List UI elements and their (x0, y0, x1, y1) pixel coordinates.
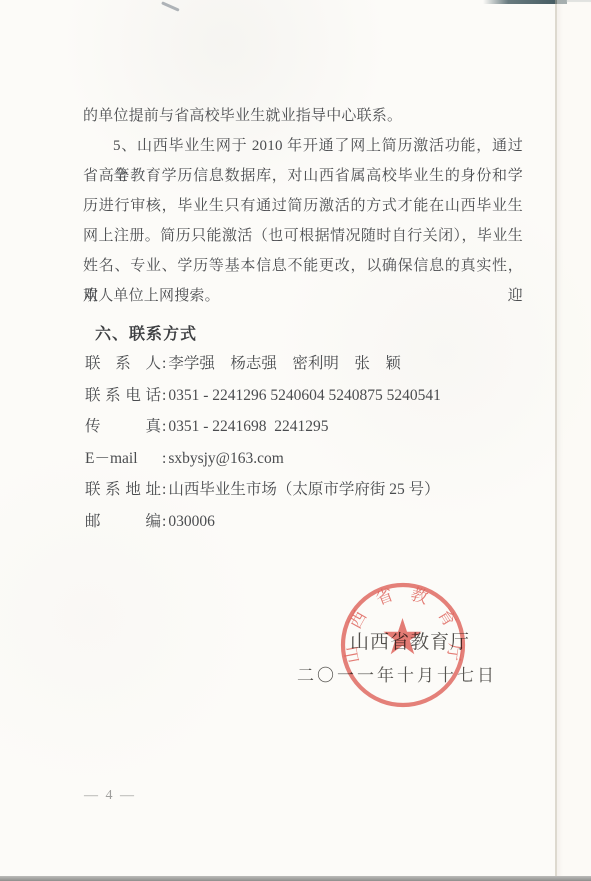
contact-label: 联系电话 (85, 380, 161, 412)
contact-value: 李学强 杨志强 密利明 张 颖 (168, 348, 401, 380)
contact-colon: : (162, 411, 166, 443)
contact-row-person: 联系人:李学强 杨志强 密利明 张 颖 (85, 348, 535, 380)
contact-value: 山西毕业生市场（太原市学府街 25 号） (168, 474, 439, 506)
body-line: 网上注册。简历只能激活（也可根据情况随时自行关闭），毕业生 (83, 221, 523, 251)
contact-row-zipcode: 邮编:030006 (85, 506, 535, 538)
body-line: 的单位提前与省高校毕业生就业指导中心联系。 (83, 101, 523, 131)
contact-label: 联系人 (85, 348, 161, 380)
contact-value: 0351 - 2241698 2241295 (168, 411, 328, 443)
contact-row-address: 联系地址:山西毕业生市场（太原市学府街 25 号） (85, 474, 535, 506)
contact-value: sxbysjy@163.com (168, 443, 283, 475)
contact-colon: : (162, 443, 166, 475)
body-line: 历进行审核，毕业生只有通过简历激活的方式才能在山西毕业生 (83, 191, 523, 221)
body-line: 姓名、专业、学历等基本信息不能更改，以确保信息的真实性，欢迎 (83, 251, 523, 281)
contact-row-phone: 联系电话:0351 - 2241296 5240604 5240875 5240… (85, 380, 535, 412)
contact-section-heading: 六、联系方式 (95, 320, 197, 350)
pen-mark (161, 1, 179, 11)
contact-label: E－mail (85, 443, 161, 475)
contact-colon: : (162, 506, 166, 538)
contact-colon: : (162, 380, 166, 412)
contact-label: 联系地址 (85, 474, 161, 506)
scan-edge-bottom (0, 876, 591, 881)
contact-label: 传真 (85, 411, 161, 443)
official-seal: 山西省教育厅 (328, 570, 478, 720)
contact-value: 030006 (168, 506, 215, 538)
page-fold-line (555, 0, 557, 881)
body-paragraphs: 的单位提前与省高校毕业生就业指导中心联系。 5、山西毕业生网于 2010 年开通… (83, 101, 523, 311)
contact-row-fax: 传真:0351 - 2241698 2241295 (85, 411, 535, 443)
body-line: 5、山西毕业生网于 2010 年开通了网上简历激活功能，通过全 (83, 131, 523, 161)
contact-colon: : (162, 474, 166, 506)
contact-row-email: E－mail:sxbysjy@163.com (85, 443, 535, 475)
page-number: — 4 — (84, 788, 136, 804)
body-line: 省高等教育学历信息数据库，对山西省属高校毕业生的身份和学 (83, 161, 523, 191)
contact-label: 邮编 (85, 506, 161, 538)
contact-info-block: 联系人:李学强 杨志强 密利明 张 颖 联系电话:0351 - 2241296 … (85, 348, 535, 537)
contact-colon: : (162, 348, 166, 380)
star-icon (384, 618, 422, 654)
contact-value: 0351 - 2241296 5240604 5240875 5240541 (168, 380, 441, 412)
scanned-document-page: 的单位提前与省高校毕业生就业指导中心联系。 5、山西毕业生网于 2010 年开通… (0, 0, 591, 881)
page-fold-shade (557, 0, 591, 881)
